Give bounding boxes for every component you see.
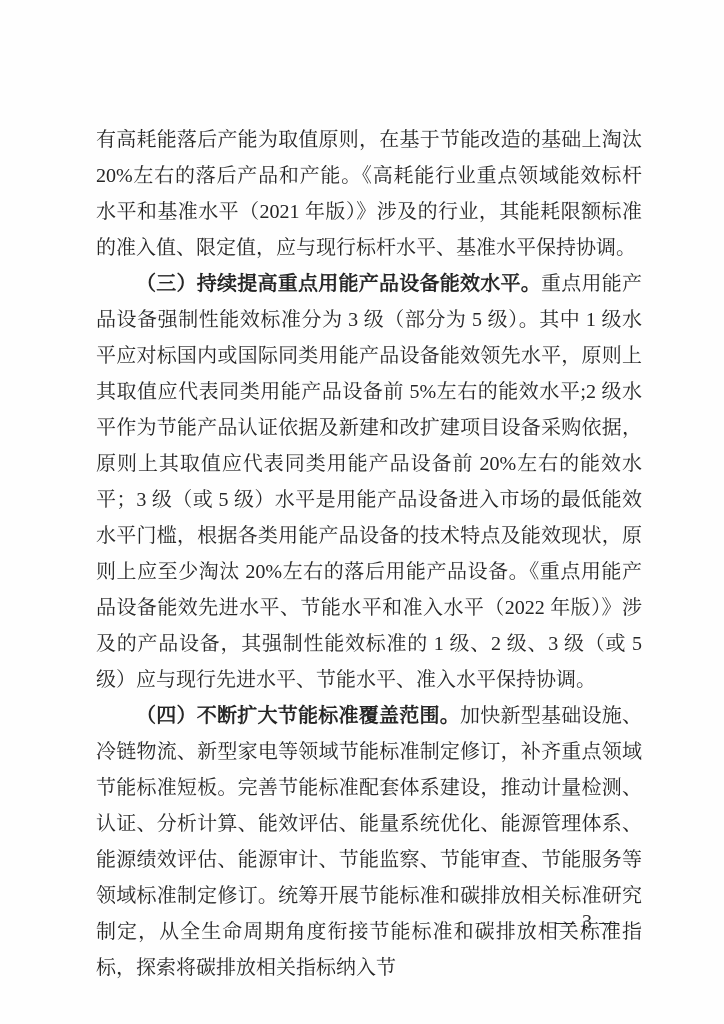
paragraph-continuation-text: 有高耗能落后产能为取值原则，在基于节能改造的基础上淘汰 20%左右的落后产品和产… (96, 129, 642, 259)
paragraph-continuation: 有高耗能落后产能为取值原则，在基于节能改造的基础上淘汰 20%左右的落后产品和产… (96, 122, 642, 266)
paragraph-section-4: （四）不断扩大节能标准覆盖范围。加快新型基础设施、冷链物流、新型家电等领域节能标… (96, 698, 642, 986)
section-3-heading: （三）持续提高重点用能产品设备能效水平。 (136, 273, 541, 295)
page-number: — 3 — (96, 908, 642, 936)
document-page: 有高耗能落后产能为取值原则，在基于节能改造的基础上淘汰 20%左右的落后产品和产… (0, 0, 724, 1024)
section-3-body-text: 重点用能产品设备强制性能效标准分为 3 级（部分为 5 级）。其中 1 级水平应… (96, 273, 642, 691)
section-4-body-text: 加快新型基础设施、冷链物流、新型家电等领域节能标准制定修订，补齐重点领域节能标准… (96, 705, 642, 979)
paragraph-section-3: （三）持续提高重点用能产品设备能效水平。重点用能产品设备强制性能效标准分为 3 … (96, 266, 642, 698)
section-4-heading: （四）不断扩大节能标准覆盖范围。 (136, 705, 460, 727)
document-body: 有高耗能落后产能为取值原则，在基于节能改造的基础上淘汰 20%左右的落后产品和产… (96, 122, 642, 986)
